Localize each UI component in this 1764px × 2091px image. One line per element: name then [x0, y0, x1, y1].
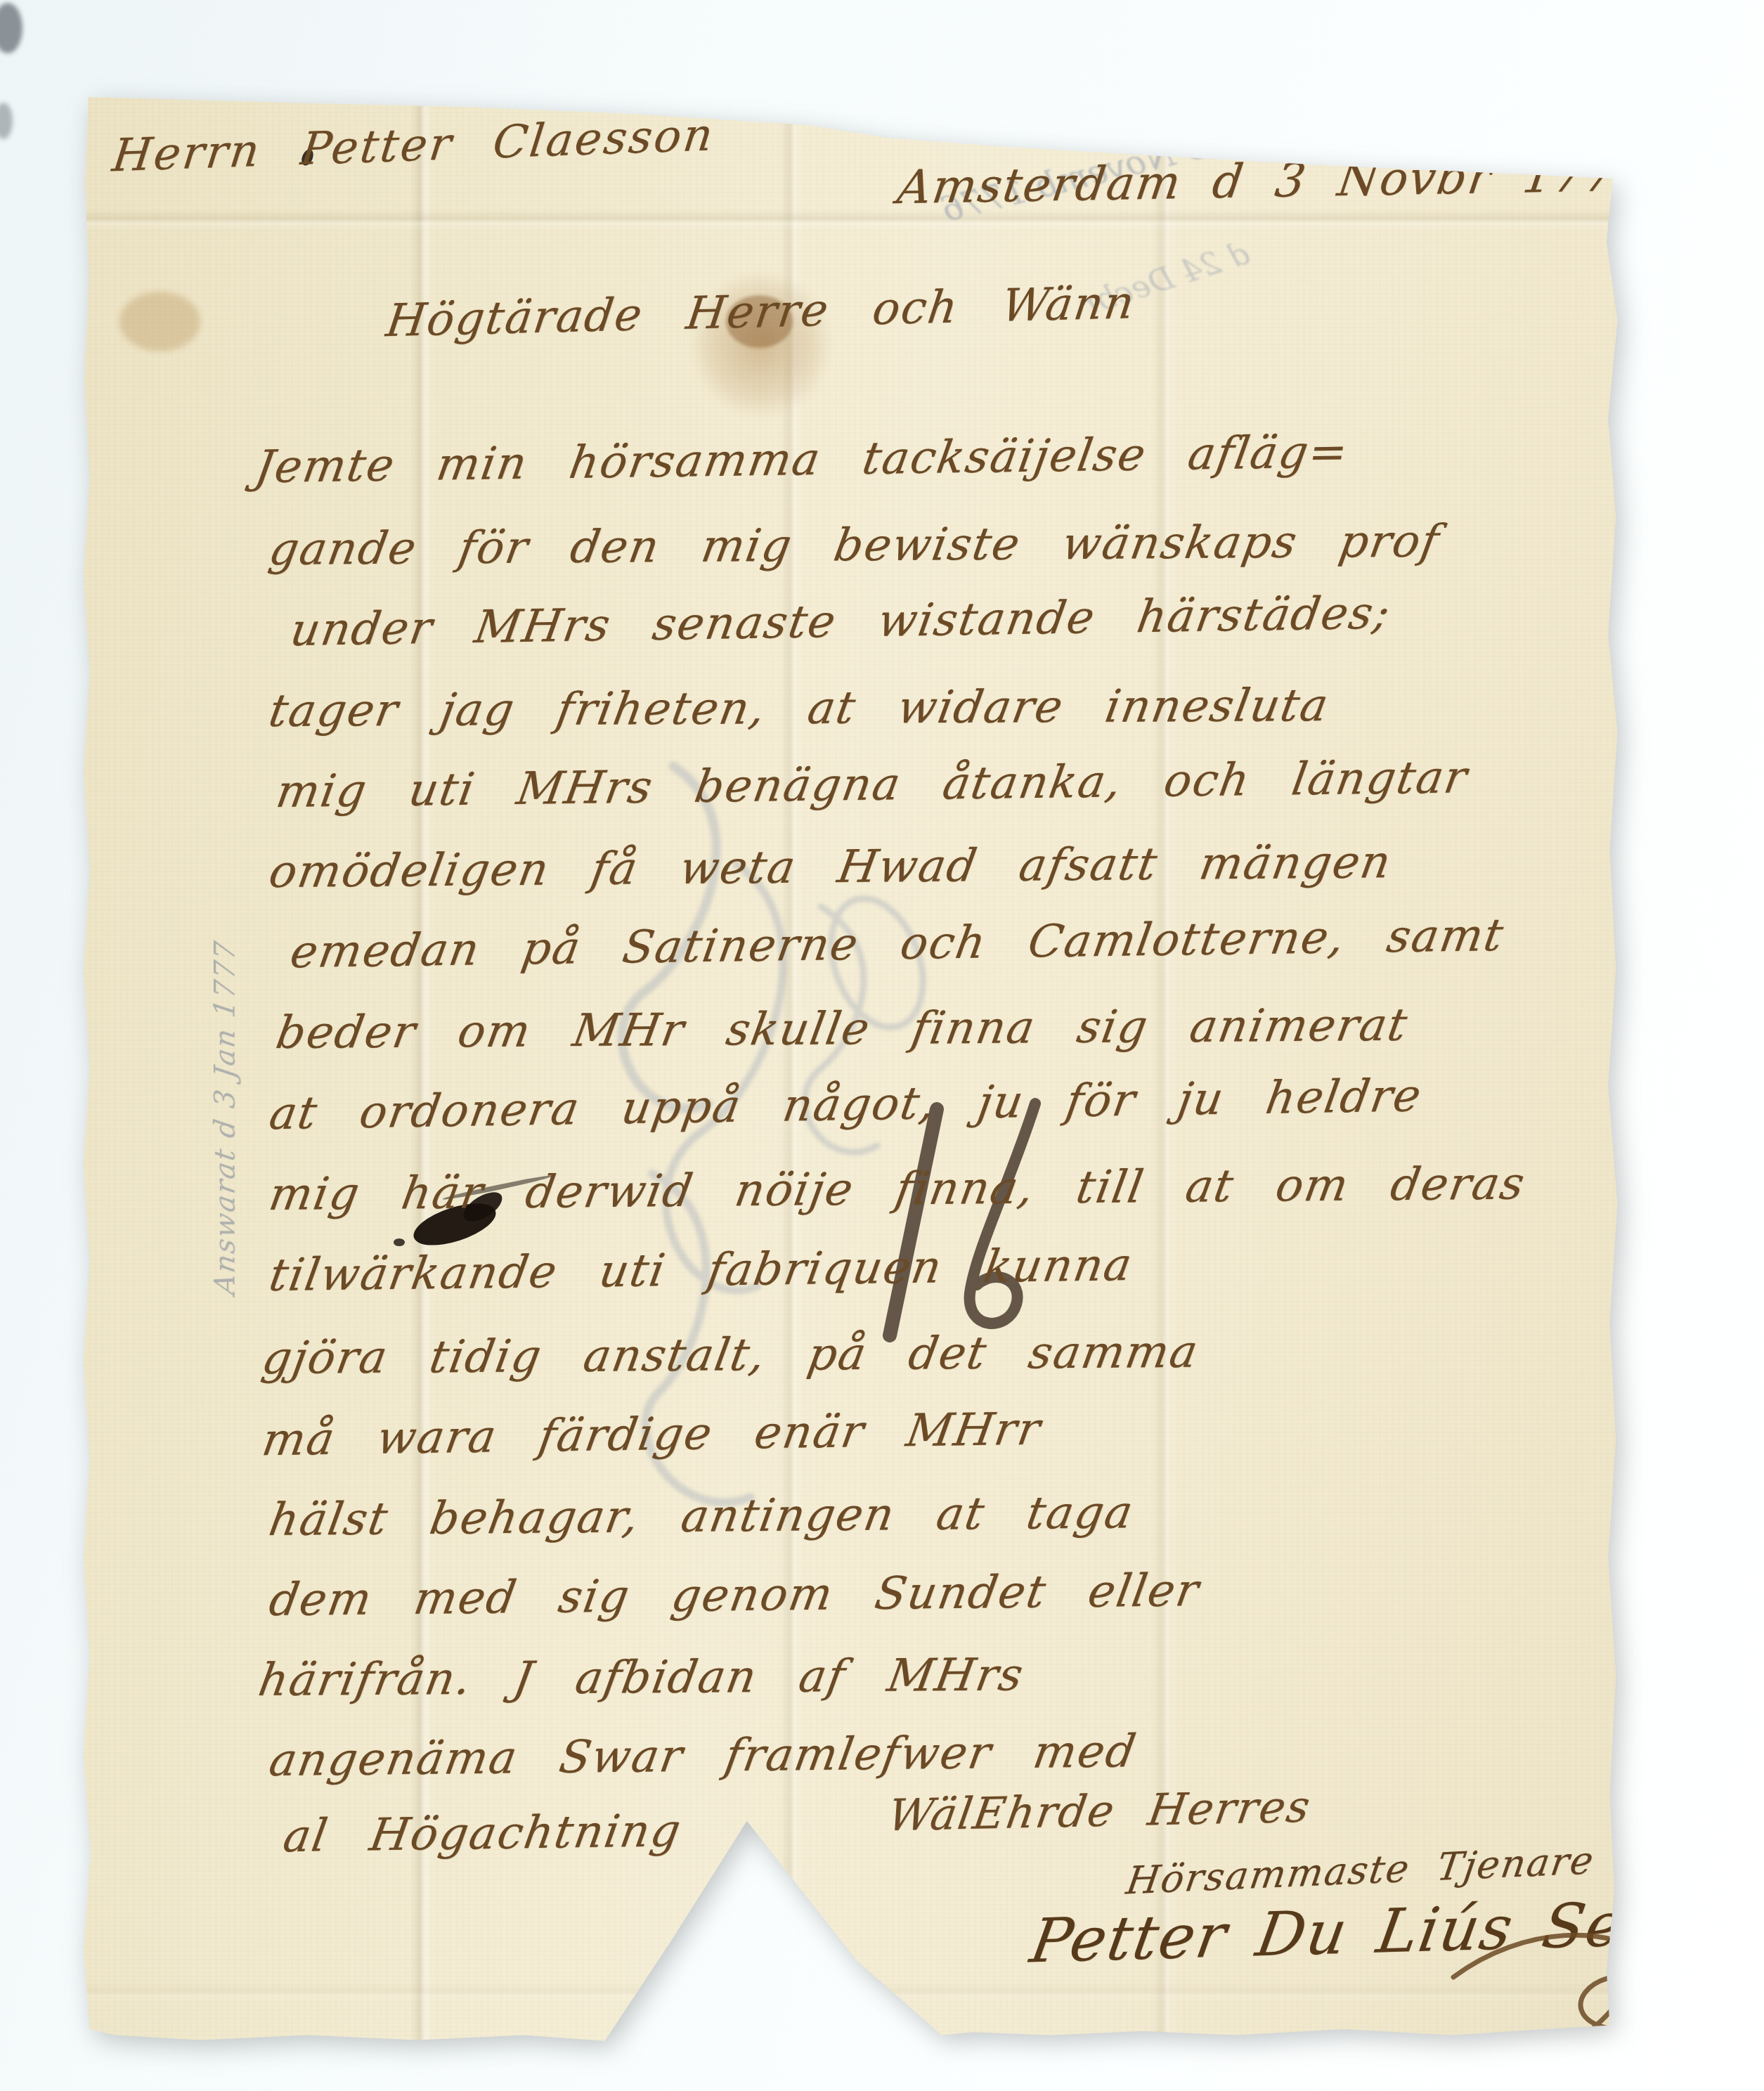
letter-paper-wrapper: 3 Novemb 1776 d 24 Decbr: [0, 0, 1764, 2091]
docket-note-vertical: Answarat d 3 Jan 1777: [209, 883, 245, 1352]
postal-mark-16: [870, 1103, 1095, 1342]
fold-crease-horizontal: [76, 1982, 1622, 2003]
body-line: emedan på Satinerne och Camlotterne, sam…: [287, 909, 1508, 978]
body-line: gande för den mig bewiste wänskaps prof: [265, 515, 1444, 576]
scan-canvas: 3 Novemb 1776 d 24 Decbr: [0, 0, 1764, 2091]
body-line: beder om MHr skulle finna sig animerat: [272, 999, 1412, 1059]
ink-stain: [666, 246, 856, 443]
signature-flourish: [1439, 1910, 1749, 2072]
body-line: angenäma Swar framlefwer med: [266, 1726, 1141, 1787]
body-line: härifrån. J afbidan af MHrs: [254, 1649, 1027, 1707]
salutation-line: Högtärade Herre och Wänn: [383, 277, 1139, 347]
body-line: at ordonera uppå något, ju för ju heldre: [266, 1070, 1426, 1140]
dateline: Amsterdam d 3 Novbr 1776: [894, 147, 1651, 214]
body-line: omödeligen få weta Hwad afsatt mängen: [266, 836, 1396, 898]
body-line: dem med sig genom Sundet eller: [266, 1565, 1204, 1626]
ink-blot: [394, 1238, 405, 1246]
body-line: tager jag friheten, at widare innesluta: [265, 680, 1333, 737]
body-line: under MHrs senaste wistande härstädes;: [287, 587, 1394, 656]
closing-right: WälEhrde Herres: [885, 1780, 1315, 1841]
body-line: mig uti MHrs benägna åtanka, och längtar: [273, 751, 1472, 818]
body-line: tilwärkande uti fabriquen kunna: [266, 1239, 1136, 1302]
body-line: må wara färdige enär MHrr: [259, 1404, 1045, 1467]
corner-stain: [119, 292, 200, 351]
body-line: mig här derwid nöije finna, till at om d…: [266, 1158, 1530, 1221]
body-line: hälst behagar, antingen at taga: [266, 1487, 1138, 1546]
fold-crease-vertical: [1153, 84, 1176, 2049]
body-line: gjöra tidig anstalt, på det samma: [258, 1326, 1202, 1385]
letter-paper: 3 Novemb 1776 d 24 Decbr: [76, 84, 1622, 2049]
body-line: al Högachtning: [280, 1805, 685, 1863]
fold-crease-horizontal: [76, 209, 1622, 231]
addressee-line: Herrn Petter Claesson: [110, 109, 718, 182]
